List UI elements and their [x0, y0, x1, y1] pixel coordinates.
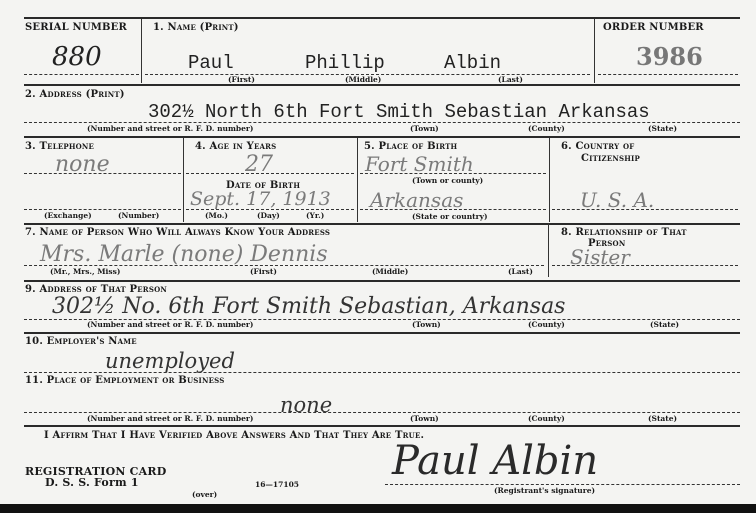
name-last: Albin — [444, 52, 501, 74]
age-label: 4. Age in Years — [195, 141, 276, 152]
serial-label: SERIAL NUMBER — [25, 22, 127, 33]
employment-place-value: none — [280, 393, 332, 417]
contact-value: Mrs. Marle (none) Dennis — [40, 242, 328, 267]
bottom-edge — [0, 504, 756, 513]
relationship-label-1: 8. Relationship of That — [561, 227, 687, 238]
contact-label: 7. Name of Person Who Will Always Know Y… — [25, 227, 330, 238]
affirmation-text: I Affirm That I Have Verified Above Answ… — [44, 430, 424, 441]
contact-address-value: 302½ No. 6th Fort Smith Sebastian, Arkan… — [52, 294, 565, 319]
registrant-signature: Paul Albin — [392, 438, 598, 484]
telephone-label: 3. Telephone — [25, 141, 94, 152]
form-number: D. S. S. Form 1 — [45, 476, 139, 489]
employment-place-label: 11. Place of Employment or Business — [25, 375, 225, 386]
employer-label: 10. Employer's Name — [25, 336, 137, 347]
signature-label: (Registrant's signature) — [494, 486, 595, 495]
address-value: 302½ North 6th Fort Smith Sebastian Arka… — [148, 101, 650, 123]
address-label: 2. Address (Print) — [25, 89, 125, 100]
name-label: 1. Name (Print) — [153, 22, 239, 33]
top-border — [24, 17, 740, 19]
birthplace-label: 5. Place of Birth — [364, 141, 457, 152]
name-middle: Phillip — [305, 52, 385, 74]
citizenship-label-1: 6. Country of — [561, 141, 634, 152]
citizenship-label-2: Citizenship — [581, 153, 640, 164]
serial-value: 880 — [52, 42, 102, 72]
registration-card: SERIAL NUMBER 880 1. Name (Print) Paul P… — [0, 0, 756, 513]
dob-value: Sept. 17, 1913 — [190, 188, 331, 210]
print-code: 16—17105 — [255, 480, 299, 489]
name-first: Paul — [188, 52, 234, 74]
over-text: (over) — [192, 490, 217, 499]
order-label: ORDER NUMBER — [603, 22, 704, 33]
employer-value: unemployed — [105, 349, 235, 373]
order-value: 3986 — [636, 42, 703, 71]
